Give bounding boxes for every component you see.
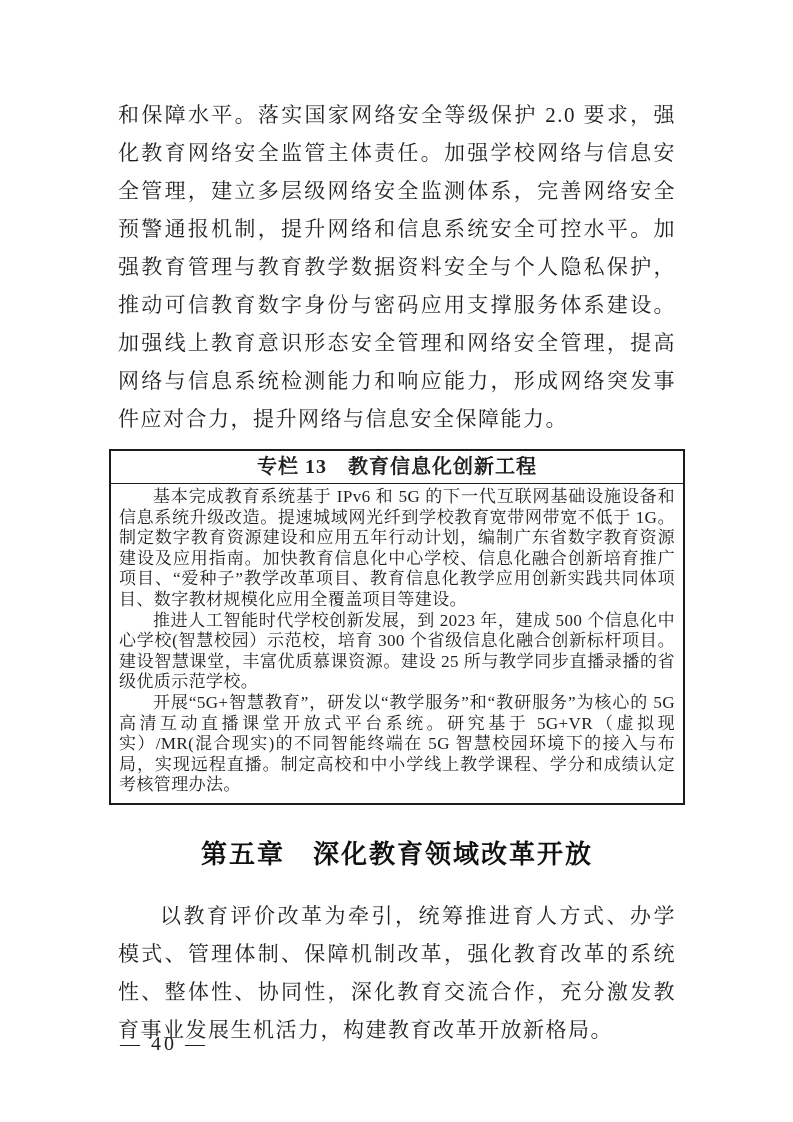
page-content: 和保障水平。落实国家网络安全等级保护 2.0 要求，强化教育网络安全监管主体责任… [118, 96, 676, 1049]
chapter-heading: 第五章 深化教育领域改革开放 [118, 836, 676, 872]
page-number: — 40 — [120, 1033, 208, 1056]
paragraph-chapter-intro: 以教育评价改革为牵引，统筹推进育人方式、办学模式、管理体制、保障机制改革，强化教… [118, 897, 676, 1049]
paragraph-network-security: 和保障水平。落实国家网络安全等级保护 2.0 要求，强化教育网络安全监管主体责任… [118, 96, 676, 438]
column-box-paragraph-5g-education: 开展“5G+智慧教育”，研发以“教学服务”和“教研服务”为核心的 5G 高清互动… [119, 693, 675, 796]
document-page: 和保障水平。落实国家网络安全等级保护 2.0 要求，强化教育网络安全监管主体责任… [0, 0, 793, 1122]
column-box-paragraph-smart-schools: 推进人工智能时代学校创新发展，到 2023 年，建成 500 个信息化中心学校(… [119, 611, 675, 693]
column-box-paragraph-infrastructure: 基本完成教育系统基于 IPv6 和 5G 的下一代互联网基础设施设备和信息系统升… [119, 487, 675, 611]
column-box-13: 专栏 13 教育信息化创新工程 基本完成教育系统基于 IPv6 和 5G 的下一… [109, 449, 685, 805]
column-box-body: 基本完成教育系统基于 IPv6 和 5G 的下一代互联网基础设施设备和信息系统升… [111, 484, 683, 803]
column-box-title: 专栏 13 教育信息化创新工程 [111, 451, 683, 484]
